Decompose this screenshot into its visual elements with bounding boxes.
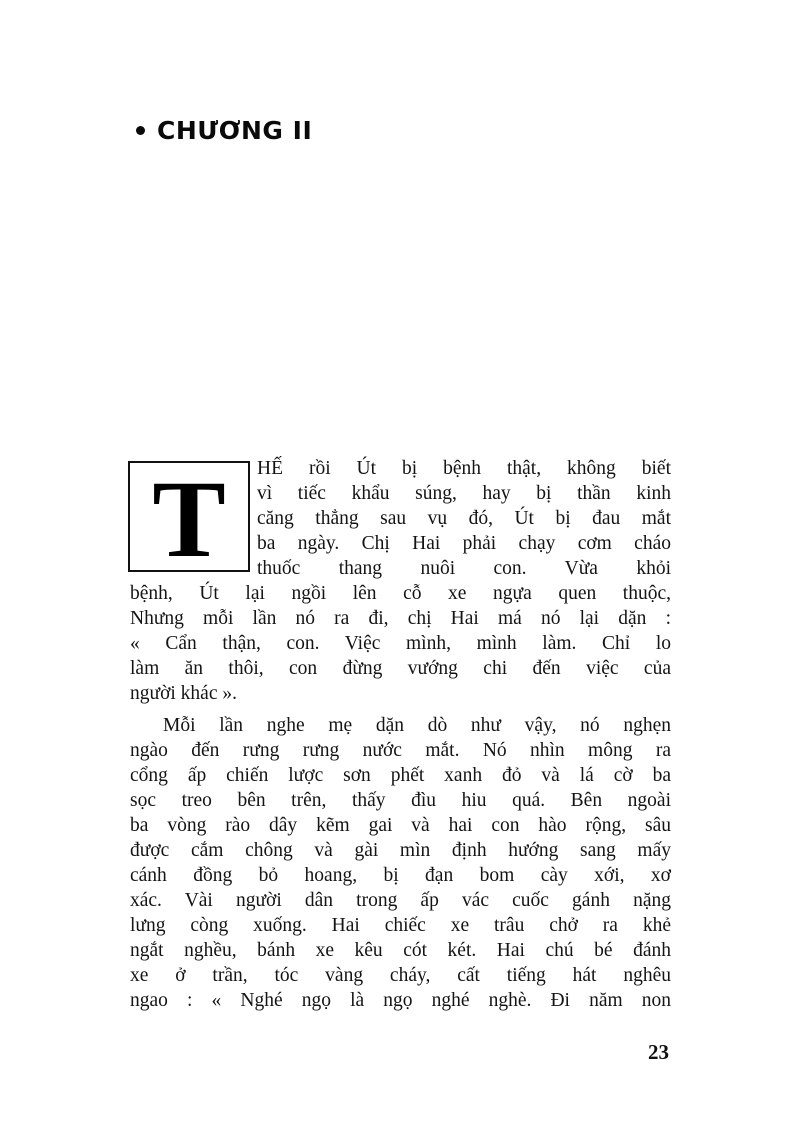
text-line: ngào đến rưng rưng nước mắt. Nó nhìn môn… <box>130 741 671 761</box>
chapter-heading: CHƯƠNG II <box>136 116 312 145</box>
drop-cap-letter: T <box>152 464 225 574</box>
text-line: xác. Vài người dân trong ấp vác cuốc gán… <box>130 891 671 911</box>
text-line: căng thẳng sau vụ đó, Út bị đau mắt <box>257 509 671 529</box>
text-line: làm ăn thôi, con đừng vướng chi đến việc… <box>130 659 671 679</box>
chapter-title: CHƯƠNG II <box>157 116 312 145</box>
text-line: « Cẩn thận, con. Việc mình, mình làm. Ch… <box>130 634 671 654</box>
text-line: xe ở trần, tóc vàng cháy, cất tiếng hát … <box>130 966 671 986</box>
text-line: ngao : « Nghé ngọ là ngọ nghé nghè. Đi n… <box>130 991 671 1011</box>
text-line: cổng ấp chiến lược sơn phết xanh đỏ và l… <box>130 766 671 786</box>
text-line: được cắm chông và gài mìn định hướng san… <box>130 841 671 861</box>
text-line: HẾ rồi Út bị bệnh thật, không biết <box>257 459 671 479</box>
text-line: ngắt nghều, bánh xe kêu cót két. Hai chú… <box>130 941 671 961</box>
text-line: ba vòng rào dây kẽm gai và hai con hào r… <box>130 816 671 836</box>
drop-cap-box: T <box>128 461 250 572</box>
text-line: bệnh, Út lại ngồi lên cỗ xe ngựa quen th… <box>130 584 671 604</box>
bullet-icon <box>136 126 145 135</box>
text-line: người khác ». <box>130 684 671 704</box>
text-line: Mỗi lần nghe mẹ dặn dò như vậy, nó nghẹn <box>163 716 671 736</box>
text-line: cánh đồng bỏ hoang, bị đạn bom cày xới, … <box>130 866 671 886</box>
text-line: sọc treo bên trên, thấy đìu hiu quá. Bên… <box>130 791 671 811</box>
text-line: ba ngày. Chị Hai phải chạy cơm cháo <box>257 534 671 554</box>
text-line: Nhưng mỗi lần nó ra đi, chị Hai má nó lạ… <box>130 609 671 629</box>
text-line: vì tiếc khẩu súng, hay bị thần kinh <box>257 484 671 504</box>
page-number: 23 <box>648 1040 669 1065</box>
text-line: lưng còng xuống. Hai chiếc xe trâu chở r… <box>130 916 671 936</box>
text-line: thuốc thang nuôi con. Vừa khỏi <box>257 559 671 579</box>
